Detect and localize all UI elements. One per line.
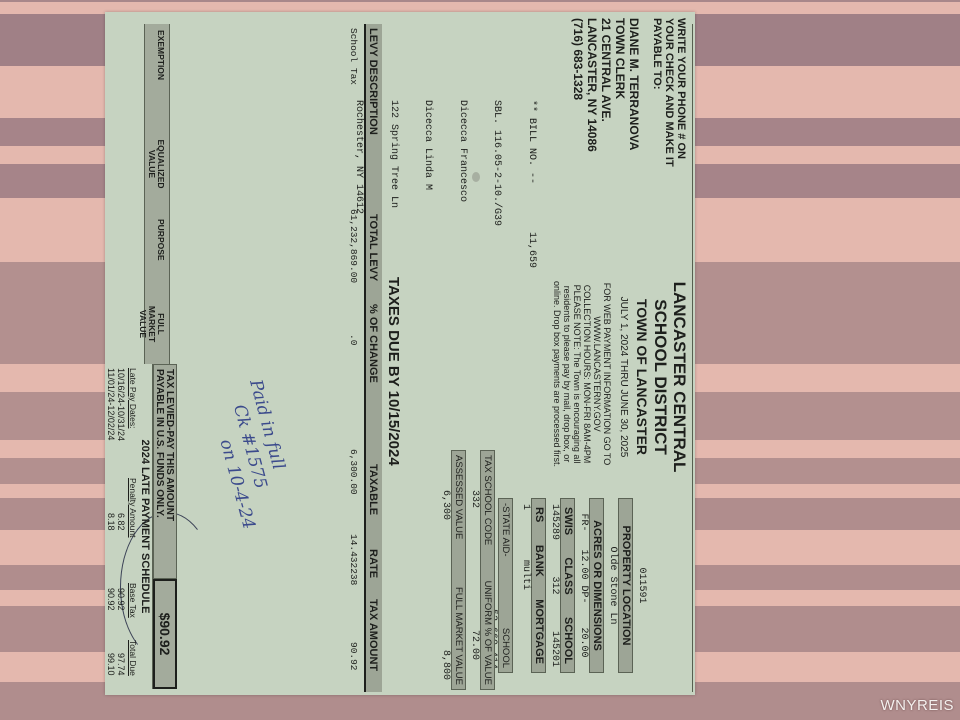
school-code-header: TAX SCHOOL CODE UNIFORM % OF VALUE [480,450,495,690]
watermark: WNYREIS [880,697,954,714]
account-number: 011591 [635,498,647,673]
property-block: 011591 PROPERTY LOCATION Olde Stone Ln A… [486,498,647,673]
owner-address-1: 122 Spring Tree Ln [388,100,400,268]
state-aid-label: -STATE AID- [499,503,512,556]
town-name: TOWN OF LANCASTER [632,252,651,502]
total-due: 99.10 [106,653,116,676]
bank-value: multi [519,560,531,590]
col-total-levy: TOTAL LEVY [367,214,379,281]
late-schedule-title: 2024 LATE PAYMENT SCHEDULE [138,364,153,689]
payable-label-line: TAX LEVIED-PAY THIS AMOUNT [164,369,174,574]
school-label: SCHOOL [561,617,574,664]
rs-bank-mortgage-header: RS BANK MORTGAGE [531,498,546,673]
exemption-table-header: EXEMPTION EQUALIZED VALUE PURPOSE FULL M… [144,24,170,364]
col-tax-amount: TAX AMOUNT [367,599,379,671]
issuer-title: LANCASTER CENTRAL SCHOOL DISTRICT TOWN O… [632,252,689,502]
class-value: 312 [548,576,560,594]
owner-2: Dicecca Linda M [422,100,434,268]
swis-value: 145289 [548,504,560,540]
assessed-value-label: ASSESSED VALUE [452,455,465,539]
payee-address: DIANE M. TERRANOVA TOWN CLERK 21 CENTRAL… [571,18,641,152]
levy-table-header: LEVY DESCRIPTION TOTAL LEVY % OF CHANGE … [364,24,382,692]
penalty: 8.18 [106,513,116,531]
payee-name: DIANE M. TERRANOVA [627,18,641,152]
notice-line: online. Drop box payments are processed … [552,254,562,494]
bank-label: BANK [532,545,545,577]
web-payment-url: WWW.LANCASTERNY.GOV [592,254,602,494]
tax-school-code-label: TAX SCHOOL CODE [481,455,494,545]
state-aid-header: -STATE AID- SCHOOL [498,498,513,673]
payable-label: TAX LEVIED-PAY THIS AMOUNT PAYABLE IN U.… [153,364,177,579]
payee-title: TOWN CLERK [613,18,627,152]
property-location-header: PROPERTY LOCATION [618,498,633,673]
payable-label-line: PAYABLE IN U.S. FUNDS ONLY. [154,369,164,574]
owner-1: Dicecca Francesco [457,100,469,268]
notice-line: COLLECTION HOURS: MON-FRI 8AM-4PM [582,254,592,494]
district-line-2: SCHOOL DISTRICT [651,252,670,502]
col-base-tax: Base Tax [128,583,138,618]
instruction-line: YOUR CHECK AND MAKE IT [663,18,675,167]
base-tax: 90.92 [116,588,126,611]
late-dates: 11/01/24-12/02/24 [106,368,116,440]
swis-class-school-values: 145289 312 145201 [548,498,560,673]
col-exemption: EXEMPTION [156,30,165,80]
bill-number: 11,659 [526,232,537,268]
table-row: 11/01/24-12/02/24 8.18 90.92 99.10 [104,368,116,688]
col-equalized-value: EQUALIZED VALUE [147,134,165,194]
col-taxable: TAXABLE [367,464,379,515]
payee-phone: (716) 683-1328 [571,18,585,152]
col-penalty: Penalty Amount [128,478,138,538]
dimensions: FR- 12.00 DP- 20.00 [577,498,589,673]
col-rate: RATE [367,549,379,578]
col-pct-change: % OF CHANGE [367,304,379,383]
rs-label: RS [532,507,545,522]
value-values: 6,300 8,800 [439,450,451,690]
bill-number-label: ** BILL NO. -- [526,100,537,184]
col-full-market-value: FULL MARKET VALUE [138,294,165,354]
value-header: ASSESSED VALUE FULL MARKET VALUE [451,450,466,690]
col-levy-description: LEVY DESCRIPTION [367,28,379,135]
instruction-line: PAYABLE TO: [651,18,663,167]
total-levy: 61,232,869.00 [348,209,359,283]
col-purpose: PURPOSE [156,219,165,261]
total-due: 97.74 [116,653,126,676]
payment-notice: FOR WEB PAYMENT INFORMATION GO TO WWW.LA… [552,254,612,494]
tax-period: JULY 1, 2024 THRU JUNE 30, 2025 [618,252,629,502]
col-total-due: Total Due [128,640,138,676]
full-market-value-label: FULL MARKET VALUE [452,587,465,685]
rate: 14.432238 [348,534,359,585]
payee-city: LANCASTER, NY 14086 [585,18,599,152]
penalty: 6.82 [116,513,126,531]
col-late-dates: Late Pay Dates: [128,368,138,428]
instruction-line: WRITE YOUR PHONE # ON [675,18,687,167]
school-code-block: TAX SCHOOL CODE UNIFORM % OF VALUE 332 7… [439,450,497,690]
property-location: Olde Stone Ln [606,498,618,673]
uniform-pct: 72.00 [468,630,480,660]
school-code-values: 332 72.00 [468,450,480,690]
full-market-value: 8,800 [439,650,451,680]
payee-instruction: WRITE YOUR PHONE # ON YOUR CHECK AND MAK… [651,18,687,167]
tax-bill: WRITE YOUR PHONE # ON YOUR CHECK AND MAK… [105,12,695,695]
amount-due: $90.92 [153,579,177,689]
levy-description: School Tax [348,28,359,85]
notice-line: PLEASE NOTE: The Town is encouraging all [572,254,582,494]
tax-amount: 90.92 [348,642,359,671]
assessed-value: 6,300 [439,490,451,520]
taxes-due-title: TAXES DUE BY 10/15/2024 [385,277,402,466]
mortgage-label: MORTGAGE [532,599,545,664]
class-label: CLASS [561,557,574,594]
taxable: 6,300.00 [348,449,359,495]
district-line-1: LANCASTER CENTRAL [670,252,689,502]
swis-class-school-header: SWIS CLASS SCHOOL [560,498,575,673]
rs-bank-values: 1 multi [519,498,531,673]
pct-change: .0 [348,334,359,345]
dimensions-header: ACRES OR DIMENSIONS [589,498,604,673]
school-value: 145201 [548,631,560,667]
base-tax: 90.92 [106,588,116,611]
notice-line: residents to please pay by mail, drop bo… [562,254,572,494]
payee-street: 21 CENTRAL AVE. [599,18,613,152]
late-schedule-header: Late Pay Dates: Penalty Amount Base Tax … [126,368,138,688]
uniform-pct-label: UNIFORM % OF VALUE [481,581,494,685]
state-aid-school-label: SCHOOL [499,628,512,668]
swis-label: SWIS [561,507,574,535]
notice-line: FOR WEB PAYMENT INFORMATION GO TO [602,254,612,494]
tax-school-code: 332 [468,490,480,508]
table-row: School Tax 61,232,869.00 .0 6,300.00 14.… [348,24,362,692]
sbl: SBL. 116.05-2-10./G39 [491,100,503,268]
late-dates: 10/16/24-10/31/24 [116,368,126,441]
rs-value: 1 [519,504,531,510]
bill-number-row: ** BILL NO. -- 11,659 [526,100,538,268]
